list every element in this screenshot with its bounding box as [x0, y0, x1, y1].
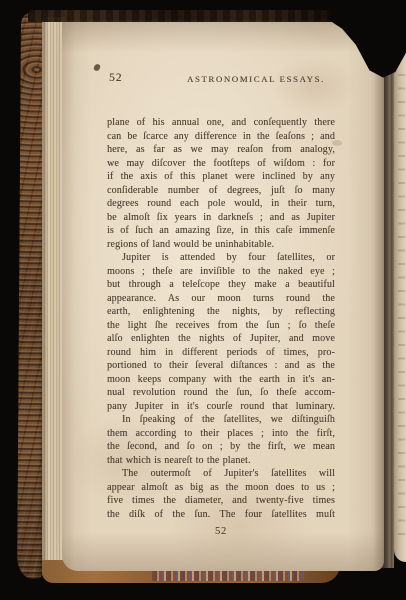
facing-page-text-marks [398, 74, 405, 544]
ink-speck [93, 63, 101, 72]
page-number-header: 52 [109, 72, 123, 84]
text-line: In ſpeaking of the ſatellites, we diſtin… [107, 413, 335, 427]
text-line: is of ſuch an amazing ſize, in this caſe… [107, 224, 335, 238]
running-title: ASTRONOMICAL ESSAYS. [187, 74, 325, 84]
text-line: here, as far as we may reaſon from analo… [107, 143, 335, 157]
text-line: regions of land would be uninhabitable. [107, 238, 335, 252]
text-line: the light ſhe receives from the ſun ; ſo… [107, 319, 335, 333]
text-line: moons ; theſe are inviſible to the naked… [107, 265, 335, 279]
text-line: pany Jupiter in it's courſe round that l… [107, 400, 335, 414]
text-line: alſo enlighten the nights of Jupiter, an… [107, 332, 335, 346]
text-line: degrees round each pole would, in their … [107, 197, 335, 211]
text-line: portioned to their ſeveral diſtances : a… [107, 359, 335, 373]
text-line: be almoſt ſix years in darkneſs ; and as… [107, 211, 335, 225]
text-line: Jupiter is attended by four ſatellites, … [107, 251, 335, 265]
top-book-edge-shadow [28, 10, 354, 22]
text-line: we may diſcover the footſteps of wiſdom … [107, 157, 335, 171]
text-line: nual revolution round the ſun, ſo theſe … [107, 386, 335, 400]
text-line: five times the diameter, and twenty-five… [107, 494, 335, 508]
marbled-bottom-edge [152, 570, 304, 581]
text-line: moon keeps company with the earth in it'… [107, 373, 335, 387]
book-photograph: 52 ASTRONOMICAL ESSAYS. plane of his ann… [0, 0, 406, 600]
book-page: 52 ASTRONOMICAL ESSAYS. plane of his ann… [62, 20, 384, 571]
running-head: 52 ASTRONOMICAL ESSAYS. [107, 72, 335, 96]
printed-text-block: 52 ASTRONOMICAL ESSAYS. plane of his ann… [107, 72, 335, 537]
text-line: appear almoſt as big as the moon does to… [107, 481, 335, 495]
text-line: The outermoſt of Jupiter's ſatellites wi… [107, 467, 335, 481]
text-line: can be ſcarce any difference in the ſeaſ… [107, 130, 335, 144]
text-line: but through a teleſcope they make a beau… [107, 278, 335, 292]
text-line: plane of his annual one, and conſequentl… [107, 116, 335, 130]
text-line: conſiderable number of degrees, juſt ſo … [107, 184, 335, 198]
facing-page-sliver [394, 22, 406, 562]
text-line: the diſk of the ſun. The four ſatellites… [107, 508, 335, 522]
text-line: them according to their places ; into th… [107, 427, 335, 441]
body-text: plane of his annual one, and conſequentl… [107, 116, 335, 521]
text-line: round him in different periods of times,… [107, 346, 335, 360]
text-line: that which is neareſt to the planet. [107, 454, 335, 468]
text-line: if the axis of this planet were inclined… [107, 170, 335, 184]
text-line: appearance. As our moon turns round the [107, 292, 335, 306]
text-line: earth, enlightening the nights, by refle… [107, 305, 335, 319]
gutter-shadow [374, 16, 394, 568]
text-line: the ſecond, and ſo on ; by the firſt, we… [107, 440, 335, 454]
page-number-footer: 52 [107, 526, 335, 537]
